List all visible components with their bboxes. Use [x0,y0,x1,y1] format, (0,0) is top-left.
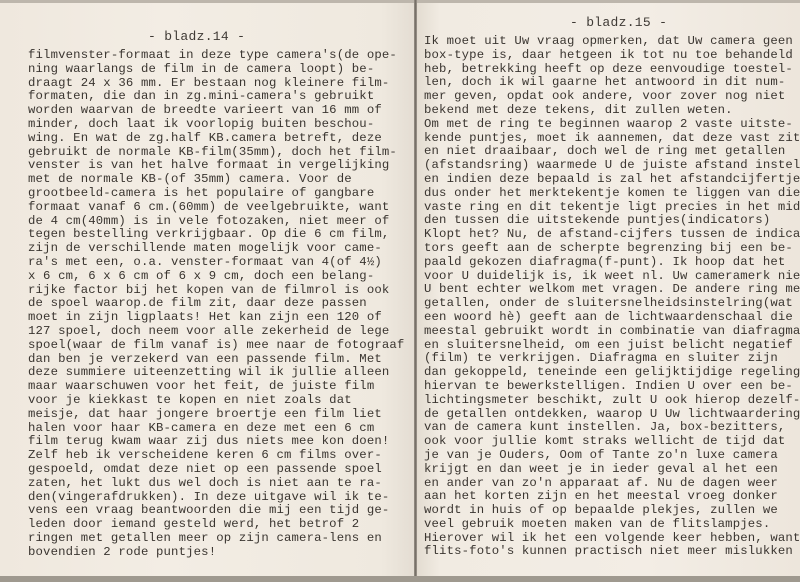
text-line: je van je Ouders, Oom of Tante zo'n luxe… [424,449,800,463]
text-line: worden waarvan de breedte varieert van 1… [28,104,404,118]
text-line: van de camera kunt instellen. Ja, box-be… [424,421,800,435]
text-line: voor je kiekkast te kopen en niet zoals … [28,394,404,408]
text-line: ning waarlangs de film in de camera loop… [28,63,404,77]
text-line: den(vingerafdrukken). In deze uitgave wi… [28,491,404,505]
text-line: deze summiere uiteenzetting wil ik julli… [28,366,404,380]
page-number-right: - bladz.15 - [570,15,667,30]
scan-bottom-edge [0,576,800,582]
text-line: moet in zijn ligplaats! Het kan zijn een… [28,311,404,325]
text-line: grootbeeld-camera is het populaire of ga… [28,187,404,201]
text-line: tors geeft aan de scherpte begrenzing bi… [424,242,800,256]
text-line: hiervan te bewerkstelligen. Indien U ove… [424,380,800,394]
text-line: Om met de ring te beginnen waarop 2 vast… [424,118,800,132]
text-line: heb, betrekking heeft op deze eenvoudige… [424,63,800,77]
text-line: flits-foto's kunnen practisch niet meer … [424,545,800,559]
text-line: tegen bestelling verkrijgbaar. Op die 6 … [28,228,404,242]
text-line: bovendien 2 rode puntjes! [28,546,404,560]
text-line: dan ben je verzekerd van een passende fi… [28,353,404,367]
text-line: gespoeld, omdat deze niet op een passend… [28,463,404,477]
text-line: en sluitersnelheid, om een juist belicht… [424,339,800,353]
page-number-left: - bladz.14 - [148,29,245,44]
text-line: veel gebruik moeten maken van de flitsla… [424,518,800,532]
text-line: vens een vraag beantwoorden die mij een … [28,504,404,518]
text-line: filmvenster-formaat in deze type camera'… [28,49,404,63]
text-line: zaten, het lukt dus wel doch is niet aan… [28,477,404,491]
text-line: paald gekozen diafragma(f-punt). Ik hoop… [424,256,800,270]
text-line: rijke factor bij het kopen van de filmro… [28,284,404,298]
text-line: meisje, dat haar jongere broertje een fi… [28,408,404,422]
right-page-text: Ik moet uit Uw vraag opmerken, dat Uw ca… [424,35,800,559]
text-line: den tussen die uitstekende puntjes(indic… [424,214,800,228]
text-line: de 4 cm(40mm) is in vele fotozaken, niet… [28,215,404,229]
text-line: lichtingsmeter beschikt, zult U ook hier… [424,394,800,408]
text-line: mer geven, opdat ook andere, voor zover … [424,90,800,104]
text-line: een woord hè) geeft aan de lichtwaardens… [424,311,800,325]
text-line: voor U duidelijk is, ik weet nl. Uw came… [424,270,800,284]
text-line: leden door iemand gesteld werd, het betr… [28,518,404,532]
text-line: x 6 cm, 6 x 6 cm of 6 x 9 cm, doch een b… [28,270,404,284]
text-line: spoel(waar de film vanaf is) mee naar de… [28,339,404,353]
text-line: 127 spoel, doch neem voor alle zekerheid… [28,325,404,339]
right-page: - bladz.15 - Ik moet uit Uw vraag opmerk… [417,3,800,576]
text-line: de getallen ontdekken, waarop U Uw licht… [424,408,800,422]
left-page: - bladz.14 - filmvenster-formaat in deze… [0,3,414,576]
text-line: ringen met getallen meer op zijn camera-… [28,532,404,546]
text-line: formaten, die dan in zg.mini-camera's ge… [28,90,404,104]
text-line: vaste ring en dit tekentje ligt precies … [424,201,800,215]
text-line: meestal gebruikt wordt in combinatie van… [424,325,800,339]
text-line: Ik moet uit Uw vraag opmerken, dat Uw ca… [424,35,800,49]
text-line: Hierover wil ik het een volgende keer he… [424,532,800,546]
text-line: halen voor haar KB-camera en deze met ee… [28,422,404,436]
text-line: minder, doch laat ik voorlopig buiten be… [28,118,404,132]
text-line: (film) te verkrijgen. Diafragma en sluit… [424,352,800,366]
text-line: aan het korten zijn en het meestal vroeg… [424,490,800,504]
text-line: en ander van zo'n apparaat af. Nu de dag… [424,477,800,491]
text-line: Zelf heb ik verscheidene keren 6 cm film… [28,449,404,463]
text-line: en indien deze bepaald is zal het afstan… [424,173,800,187]
text-line: formaat vanaf 6 cm.(60mm) de veelgebruik… [28,201,404,215]
text-line: ook voor jullie komt straks wellicht de … [424,435,800,449]
text-line: dus onder het merktekentje komen te ligg… [424,187,800,201]
text-line: film terug kwam waar zij dus niets mee k… [28,435,404,449]
text-line: len, doch ik wil gaarne het antwoord in … [424,76,800,90]
text-line: U bent echter welkom met vragen. De ande… [424,283,800,297]
text-line: ra's met een, o.a. venster-formaat van 4… [28,256,404,270]
text-line: venster is van het halve formaat in verg… [28,159,404,173]
text-line: maar waarschuwen voor het feit, de juist… [28,380,404,394]
text-line: draagt 24 x 36 mm. Er bestaan nog kleine… [28,77,404,91]
text-line: dan gekoppeld, teneinde een gelijktijdig… [424,366,800,380]
left-page-text: filmvenster-formaat in deze type camera'… [28,49,404,559]
text-line: (afstandsring) waarmede U de juiste afst… [424,159,800,173]
text-line: gebruikt de normale KB-film(35mm), doch … [28,146,404,160]
text-line: getallen, onder de sluitersnelheidsinste… [424,297,800,311]
text-line: zijn de verschillende maten mogelijk voo… [28,242,404,256]
text-line: de spoel waarop.de film zit, daar deze p… [28,297,404,311]
text-line: wordt in huis of op bepaalde plekjes, zu… [424,504,800,518]
text-line: box-type is, daar hetgeen ik tot nu toe … [424,49,800,63]
text-line: Klopt het? Nu, de afstand-cijfers tussen… [424,228,800,242]
text-line: wing. En wat de zg.half KB.camera betref… [28,132,404,146]
text-line: krijgt en dan weet je in ieder geval al … [424,463,800,477]
text-line: bekend met deze tekens, dit zullen weten… [424,104,800,118]
text-line: en niet draaibaar, doch wel de ring met … [424,145,800,159]
text-line: kende puntjes, moet ik aannemen, dat dez… [424,132,800,146]
text-line: met de normale KB-(of 35mm) camera. Voor… [28,173,404,187]
